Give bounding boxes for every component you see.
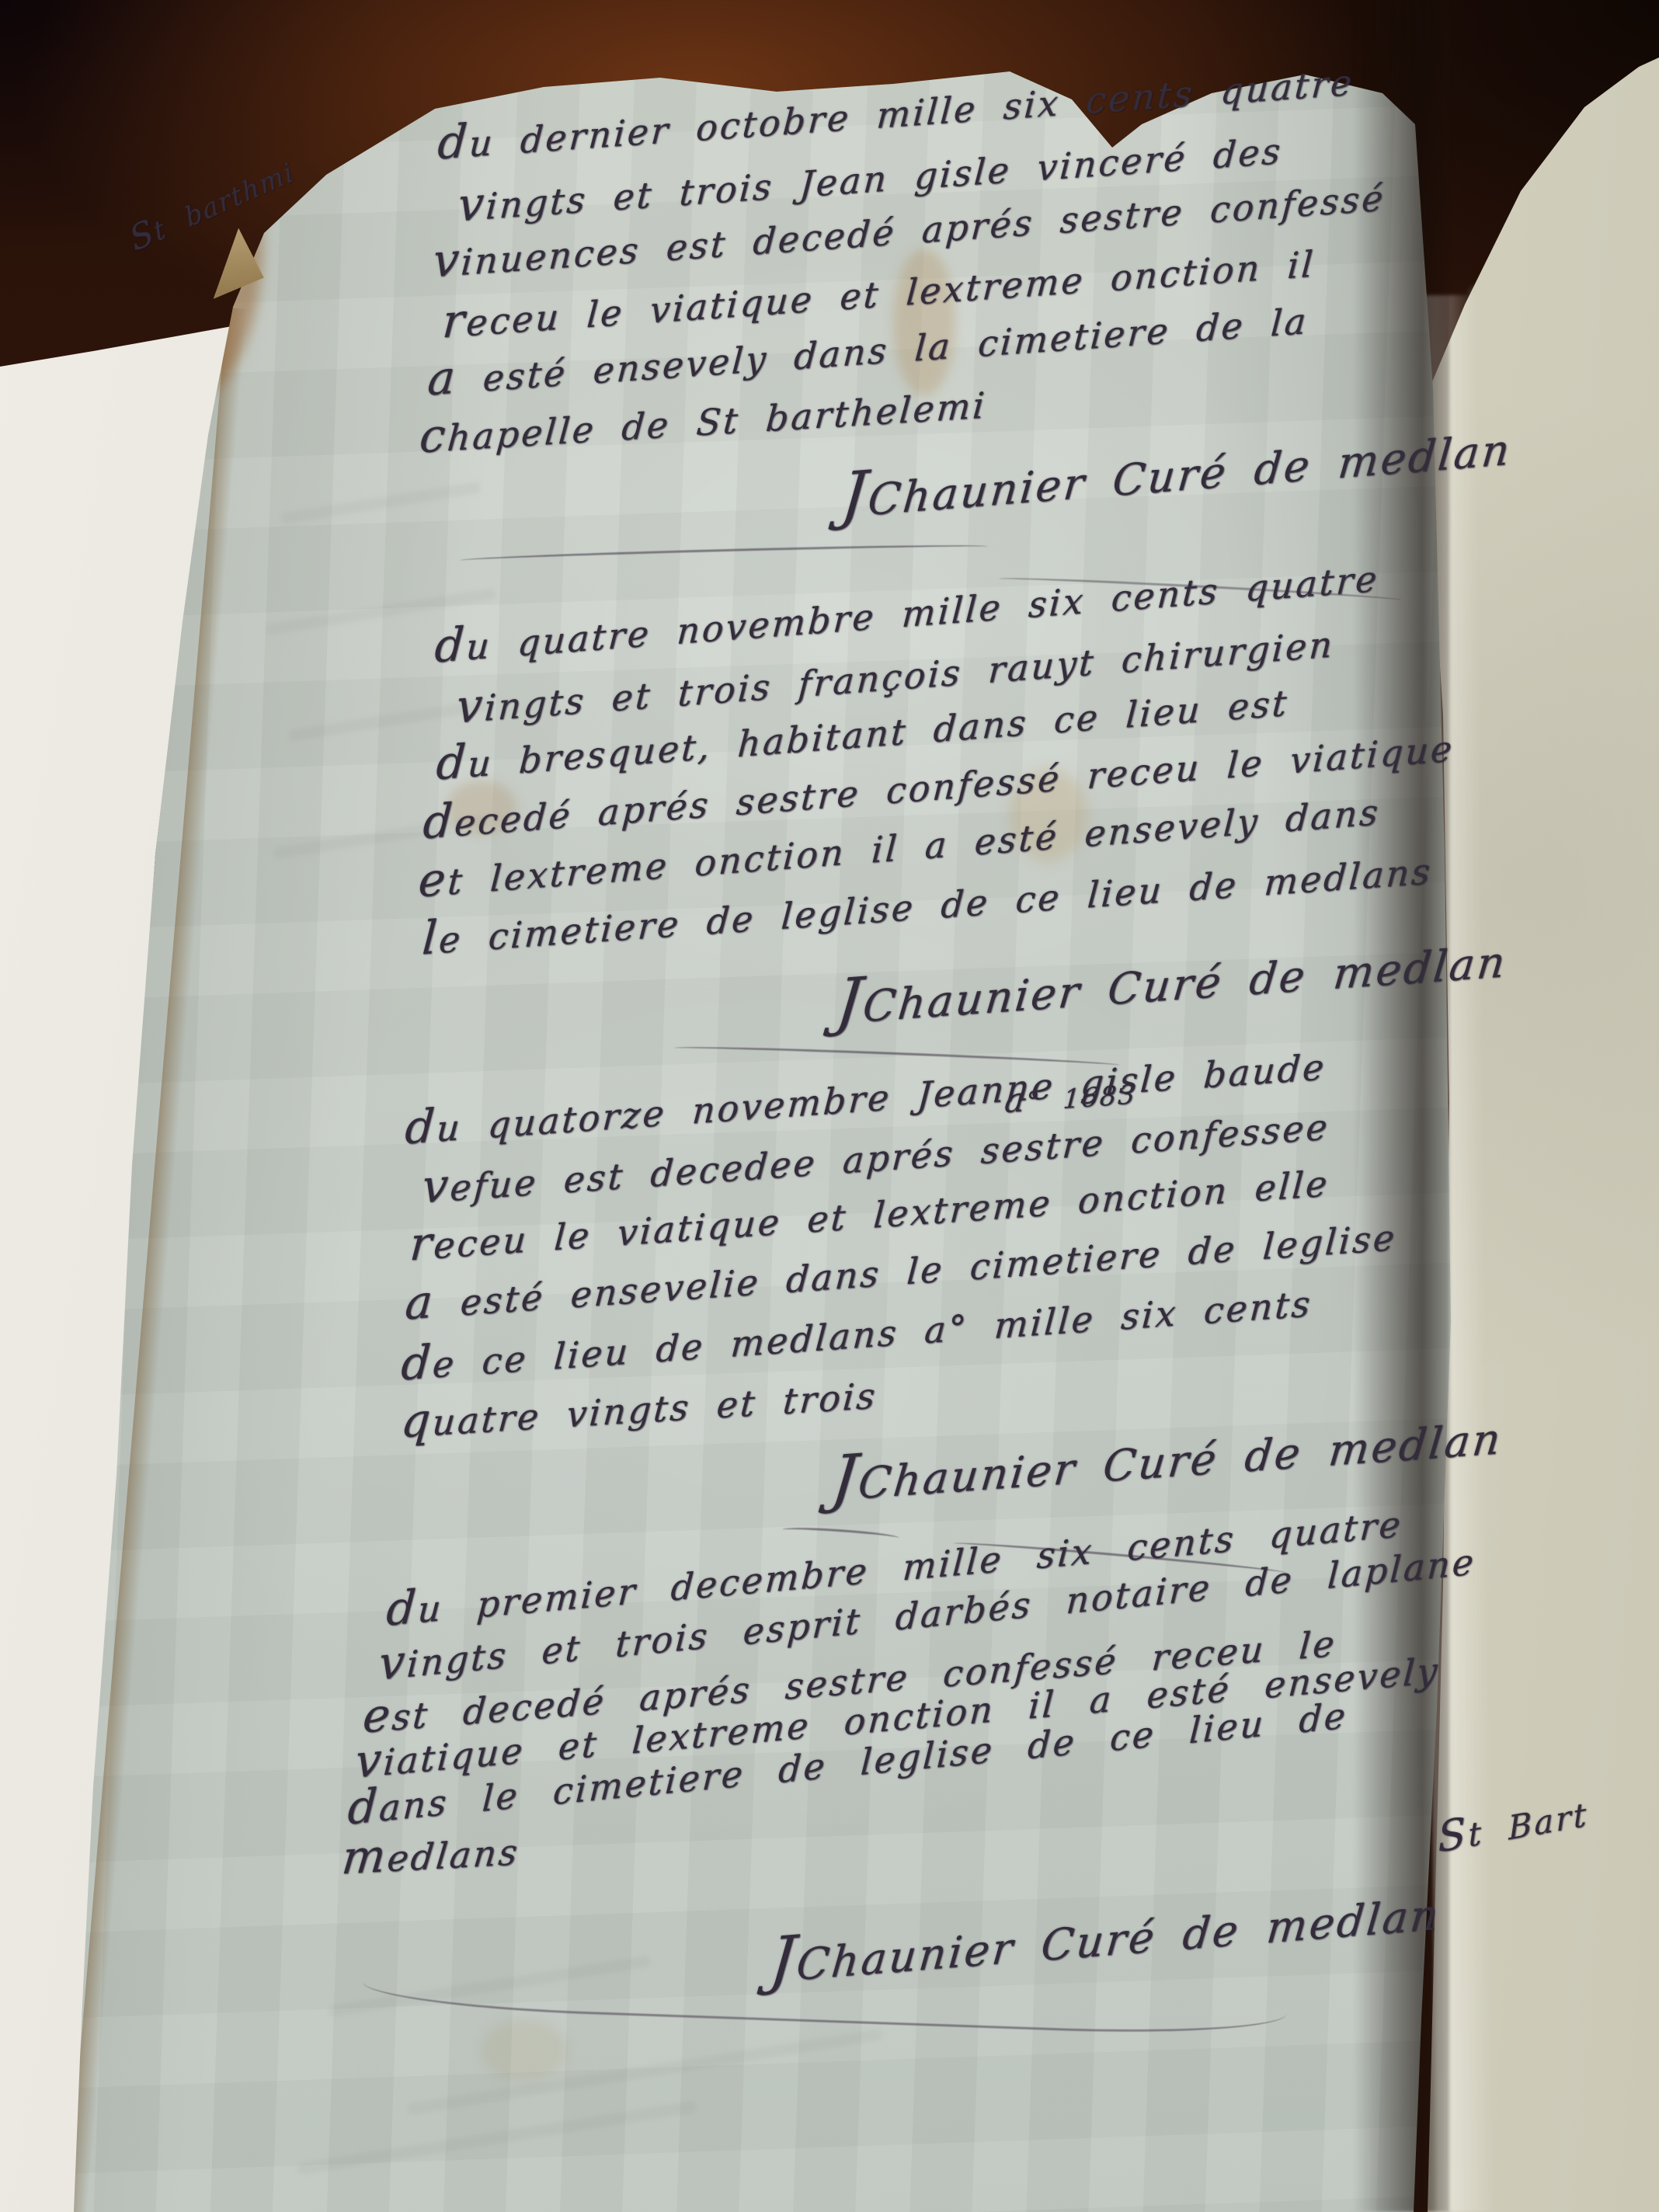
ink-separator-line <box>460 542 988 565</box>
ink-separator-line <box>782 1525 899 1542</box>
entry-line: medlans <box>339 1824 522 1883</box>
facing-page-margin-note: St Bart <box>1437 1788 1589 1861</box>
cure-signature: JChaunier Curé de medlan <box>833 921 1511 1037</box>
handwriting-layer: St barthmi du dernier octobre mille six … <box>0 0 1659 2212</box>
manuscript-photo: St barthmi du dernier octobre mille six … <box>0 0 1659 2212</box>
margin-note: St barthmi <box>126 152 298 259</box>
ink-separator-line <box>674 1044 1121 1069</box>
cure-signature: JChaunier Curé de medlan <box>829 1398 1507 1514</box>
